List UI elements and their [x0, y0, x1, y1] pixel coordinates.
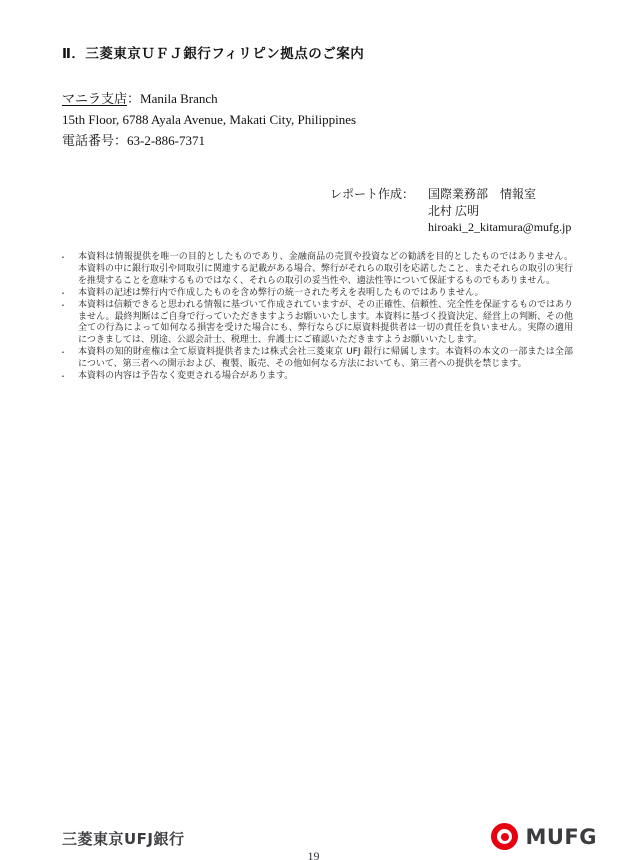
disclaimer-list: 本資料は情報提供を唯一の目的としたものであり、金融商品の売買や投資などの勧誘を目… [57, 252, 573, 383]
branch-name-line: マニラ支店：Manila Branch [62, 88, 356, 109]
report-author-email: hiroaki_2_kitamura@mufg.jp [428, 219, 571, 236]
branch-name-separator: ： [127, 91, 140, 106]
disclaimer-item: 本資料は信頼できると思われる情報に基づいて作成されていますが、その正確性、信頼性… [57, 300, 573, 348]
phone-number: 63-2-886-7371 [127, 133, 205, 148]
mufg-logo-text: MUFG [525, 825, 597, 849]
page-number: 19 [0, 849, 627, 860]
branch-name-en: Manila Branch [140, 91, 218, 106]
report-author-label: レポート作成： [330, 186, 414, 236]
branch-name-jp: マニラ支店 [62, 91, 127, 106]
report-author-name: 北村 広明 [428, 203, 571, 220]
mufg-logo: MUFG [491, 823, 597, 850]
mufg-logo-ring [497, 829, 512, 844]
mufg-logo-icon [491, 823, 518, 850]
disclaimer-item: 本資料の知的財産権は全て原資料提供者または株式会社三菱東京 UFJ 銀行に帰属し… [57, 347, 573, 371]
disclaimer-item: 本資料の内容は予告なく変更される場合があります。 [57, 371, 573, 383]
report-department: 国際業務部 情報室 [428, 186, 571, 203]
document-page: Ⅱ．三菱東京ＵＦＪ銀行フィリピン拠点のご案内 マニラ支店：Manila Bran… [0, 0, 627, 860]
branch-info-block: マニラ支店：Manila Branch 15th Floor, 6788 Aya… [62, 88, 356, 151]
phone-label: 電話番号： [62, 133, 127, 148]
branch-phone-line: 電話番号：63-2-886-7371 [62, 130, 356, 151]
footer-bank-name: 三菱東京UFJ銀行 [62, 828, 185, 849]
page-title: Ⅱ．三菱東京ＵＦＪ銀行フィリピン拠点のご案内 [62, 42, 364, 62]
disclaimer-item: 本資料は情報提供を唯一の目的としたものであり、金融商品の売買や投資などの勧誘を目… [57, 252, 573, 288]
disclaimer-item: 本資料の記述は弊行内で作成したものを含め弊行の統一された考えを表明したものではあ… [57, 288, 573, 300]
report-author-details: 国際業務部 情報室 北村 広明 hiroaki_2_kitamura@mufg.… [428, 186, 571, 236]
report-credit-block: レポート作成： 国際業務部 情報室 北村 広明 hiroaki_2_kitamu… [330, 186, 571, 236]
mufg-logo-dot [501, 833, 509, 841]
branch-address: 15th Floor, 6788 Ayala Avenue, Makati Ci… [62, 109, 356, 130]
